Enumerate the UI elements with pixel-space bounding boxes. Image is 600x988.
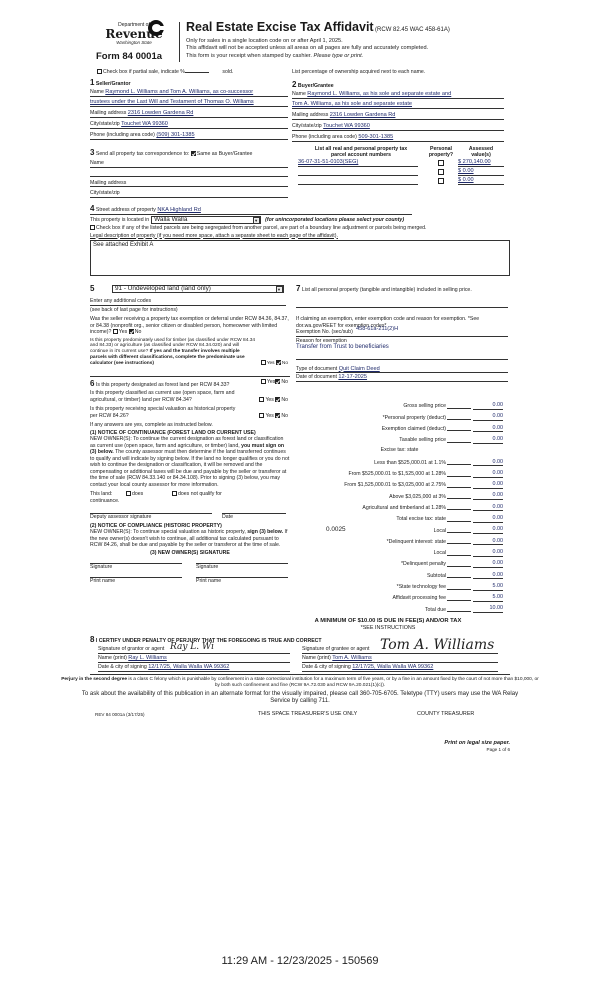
grantor-date: 12/17/25, Walla Walla WA 99362: [148, 664, 229, 670]
signature-label: Signature: [196, 564, 218, 570]
grantor-sig-label: Signature of grantor or agent: [98, 646, 164, 652]
exemption-no-field[interactable]: Exemption No. (sec/sub)458-61a-211(2)H: [296, 329, 508, 337]
correspondence-address-field[interactable]: Mailing address: [90, 180, 288, 188]
buyer-name-line2: Tom A. Williams, as his sole and separat…: [292, 101, 412, 107]
exemption-no: 458-61a-211(2)H: [356, 326, 398, 333]
tax-row-label: Taxable selling price: [399, 437, 446, 444]
tax-row-label: Agricultural and timberland at 1.28%: [362, 505, 446, 512]
tax-row: Above $3,025,000 at 3%0.00: [296, 492, 503, 500]
tax-row-label: Total due: [425, 607, 446, 614]
tax-row: From $525,000.01 to $1,525,000 at 1.28%0…: [296, 470, 503, 478]
partial-sale-suffix: sold.: [222, 69, 233, 75]
parcel-personal-cell: [424, 160, 458, 168]
tax-row: From $1,525,000.01 to $3,025,000 at 2.75…: [296, 481, 503, 489]
tax-row: Exemption claimed (deduct)0.00: [296, 425, 503, 433]
doc-date-label: Date of document: [296, 374, 337, 380]
tax-row-value[interactable]: 0.00: [473, 470, 503, 478]
tax-row-value[interactable]: 0.00: [473, 413, 503, 421]
seller-section: 1 Seller/Grantor Name Raymond L. William…: [90, 78, 288, 140]
buyer-address-label: Mailing address: [292, 112, 328, 118]
seller-phone-field[interactable]: Phone (including area code) (509) 301-13…: [90, 132, 288, 140]
section-6: 6 Is this property designated as forest …: [90, 376, 290, 584]
ownership-note: List percentage of ownership acquired ne…: [292, 69, 425, 76]
does-not-checkbox[interactable]: [172, 491, 177, 496]
q-forest-no[interactable]: [275, 379, 280, 384]
grantor-name-label: Name (print): [98, 655, 127, 661]
revision-label: REV 84 0001a (3/17/25): [95, 712, 145, 718]
segregated-checkbox[interactable]: [90, 225, 95, 230]
buyer-address-field[interactable]: Mailing address 2316 Lowden Gardena Rd: [292, 112, 504, 120]
tax-row-value[interactable]: 0.00: [473, 572, 503, 580]
correspondence-name-field-2[interactable]: [90, 170, 288, 177]
buyer-section: 2 Buyer/Grantee Name Raymond L. Williams…: [292, 80, 504, 142]
parcel-row: $ 0.00: [298, 178, 504, 185]
section-8: 8 I CERTIFY UNDER PENALTY OF PERJURY THA…: [90, 635, 510, 675]
new-owner-signature-1[interactable]: Signature: [90, 563, 182, 571]
correspondence-city-field[interactable]: City/state/zip: [90, 190, 288, 198]
signature-label: Signature: [90, 564, 112, 570]
tax-row: *Delinquent interest: state0.00: [296, 538, 503, 546]
parcel-number-field[interactable]: [298, 175, 418, 176]
chevron-down-icon: ▼: [253, 217, 260, 224]
seller-address: 2316 Lowden Gardena Rd: [128, 110, 194, 116]
exemption-reason[interactable]: Transfer from Trust to beneficiaries: [296, 344, 508, 352]
tax-row-value[interactable]: 5.00: [473, 594, 503, 602]
parcel-personal-checkbox[interactable]: [438, 178, 444, 184]
correspondence-name-field[interactable]: Name: [90, 160, 288, 168]
this-land-label: This land:: [90, 491, 126, 498]
print-stamp: 11:29 AM - 12/23/2025 - 150569: [0, 955, 600, 967]
parcel-rows: 36-07-31-51-0103(SEG)$ 270,140.00$ 0.00$…: [298, 160, 504, 185]
parcel-number: 36-07-31-51-0103(SEG): [298, 159, 358, 165]
tax-row: Local0.00: [296, 549, 503, 557]
subtitle-2: This affidavit will not be accepted unle…: [186, 45, 428, 52]
notice2-bold: sign (3) below.: [247, 529, 283, 535]
tax-row: Taxable selling price0.00: [296, 436, 503, 444]
county-dropdown[interactable]: Walla Walla▼: [151, 216, 261, 224]
grantor-date-label: Date & city of signing: [98, 664, 147, 670]
seller-name-line1: Raymond L. Williams and Tom A. Williams,…: [105, 89, 253, 95]
partial-sale-row: Check box if partial sale, indicate % so…: [97, 69, 233, 76]
tax-row-label: From $525,000.01 to $1,525,000 at 1.28%: [349, 471, 446, 478]
county-row: This property is located in Walla Walla▼…: [90, 216, 510, 224]
new-owner-sig-row: Signature Signature: [90, 563, 290, 571]
tax-row-value[interactable]: 0.00: [473, 515, 503, 523]
q-current-use: Is this property classified as current u…: [90, 390, 290, 403]
grantee-signature-field[interactable]: Signature of grantee or agentTom A. Will…: [302, 646, 498, 654]
tax-row-label: Subtotal: [427, 573, 446, 580]
subtitle-3-italic: Please type or print.: [313, 53, 363, 59]
partial-sale-checkbox[interactable]: [97, 69, 102, 74]
parcel-number-field[interactable]: [298, 184, 418, 185]
additional-codes-note: (see back of last page for instructions): [90, 307, 290, 314]
correspondence-address-label: Mailing address: [90, 180, 126, 186]
q-timber-yes[interactable]: [261, 360, 266, 365]
section-2-number: 2: [292, 80, 296, 89]
seller-city-field[interactable]: City/state/zip Touchet WA 99360: [90, 121, 288, 129]
perjury-note: Perjury in the second degree is a class …: [60, 677, 540, 689]
no-label: No: [281, 397, 288, 403]
deputy-sig-label: Deputy assessor signature: [90, 514, 151, 520]
seller-address-field[interactable]: Mailing address 2316 Lowden Gardena Rd: [90, 110, 288, 118]
legal-description-box[interactable]: See attached Exhibit A: [90, 240, 510, 276]
same-as-buyer-checkbox[interactable]: [191, 151, 196, 156]
seller-name-label: Name: [90, 89, 104, 95]
tax-row-value[interactable]: 0.00: [473, 560, 503, 568]
tax-row: Subtotal0.00: [296, 572, 503, 580]
tax-row: *State technology fee5.00: [296, 583, 503, 591]
form-title: Real Estate Excise Tax Affidavit: [186, 20, 374, 34]
new-owner-print-row: Print name Print name: [90, 577, 290, 585]
exemption-intro: If claiming an exemption, enter exemptio…: [296, 316, 508, 329]
tax-row-label: Local: [434, 528, 446, 535]
section-1-number: 1: [90, 78, 94, 87]
doc-date: 12-17-2025: [338, 374, 367, 380]
buyer-phone-label: Phone (including area code): [292, 134, 357, 140]
legal-label: Legal description of property (if you ne…: [90, 233, 510, 240]
parcels-table: List all real and personal property taxp…: [298, 146, 504, 185]
grantor-name: Ray L. Williams: [128, 655, 167, 661]
seller-city: Touchet WA 99360: [121, 121, 168, 127]
buyer-title: Buyer/Grantee: [298, 83, 334, 89]
dept-line3: Washington State: [100, 40, 168, 46]
tax-row-value[interactable]: 0.00: [473, 436, 503, 444]
does-checkbox[interactable]: [126, 491, 131, 496]
deputy-date-field[interactable]: Date: [222, 513, 286, 521]
q-current-use-no[interactable]: [275, 397, 280, 402]
parcel-personal-checkbox[interactable]: [438, 169, 444, 175]
tax-row-value[interactable]: 0.00: [473, 549, 503, 557]
grantor-block: Signature of grantor or agentRay L. Wi N…: [90, 646, 290, 672]
tax-row-label: Gross selling price: [403, 403, 446, 410]
q-exemption-yes[interactable]: [113, 329, 118, 334]
page-number: Page 1 of 6: [430, 747, 510, 753]
subtitle-1: Only for sales in a single location code…: [186, 38, 428, 45]
tax-table: Gross selling price0.00*Personal propert…: [296, 402, 508, 632]
deputy-date-label: Date: [222, 514, 233, 520]
grantor-name-field[interactable]: Name (print) Ray L. Williams: [98, 655, 290, 663]
tax-row-label: Excise tax: state: [381, 447, 419, 454]
does-not-label: does not qualify for: [178, 491, 222, 497]
land-use-dropdown[interactable]: 91 - Undeveloped land (land only)▼: [112, 285, 284, 293]
parcel-value-field[interactable]: $ 0.00: [458, 177, 504, 185]
reason-field-line: [296, 359, 508, 360]
notice1-text: NEW OWNER(S): To continue the current de…: [90, 436, 290, 488]
tax-row-value[interactable]: 0.00: [473, 526, 503, 534]
buyer-phone-field[interactable]: Phone (including area code) 509-301-1385: [292, 134, 504, 142]
personal-property-field[interactable]: [296, 307, 508, 308]
seller-name-field-2[interactable]: trustees under the Last Will and Testame…: [90, 99, 288, 107]
parcel-value: $ 270,140.00: [458, 159, 491, 165]
parcels-header: List all real and personal property taxp…: [298, 146, 504, 158]
perjury-text: is a class C felony which is punishable …: [128, 677, 538, 688]
notice2-text: NEW OWNER(S): To continue special valuat…: [90, 529, 290, 549]
local-rate[interactable]: 0.0025: [326, 526, 346, 534]
partial-sale-field[interactable]: [185, 72, 209, 73]
doc-type-field[interactable]: Type of document Quit Claim Deed: [296, 366, 508, 374]
parcel-personal-cell: [424, 169, 458, 177]
buyer-city-field[interactable]: City/state/zip Touchet WA 99360: [292, 123, 504, 131]
if-yes-note: If any answers are yes, complete as inst…: [90, 422, 290, 429]
tax-row-value[interactable]: 0.00: [473, 538, 503, 546]
q-timber: Is this property predominately used for …: [90, 338, 290, 368]
tax-row-label: Affidavit processing fee: [392, 595, 446, 602]
section-6-number: 6: [90, 379, 94, 388]
tax-rows: Gross selling price0.00*Personal propert…: [296, 402, 508, 632]
tax-row-value[interactable]: 0.00: [473, 492, 503, 500]
tax-row: Excise tax: state: [296, 447, 503, 454]
notice3-title: (3) NEW OWNER(S) SIGNATURE: [90, 550, 290, 557]
q-historic: Is this property receiving special valua…: [90, 406, 290, 419]
section-5: 5 91 - Undeveloped land (land only)▼ Ent…: [90, 284, 290, 367]
tax-row-label: *Delinquent interest: state: [387, 539, 446, 546]
chevron-down-icon: ▼: [276, 286, 283, 293]
land-use-value: 91 - Undeveloped land (land only): [113, 285, 276, 293]
correspondence-section: 3 Send all property tax correspondence t…: [90, 148, 288, 198]
segregated-row: Check box if any of the listed parcels a…: [90, 225, 510, 232]
perjury-bold: Perjury in the second degree: [61, 677, 127, 682]
accessibility-note: To ask about the availability of this pu…: [74, 691, 526, 705]
buyer-name-label: Name: [292, 91, 306, 97]
tax-row-label: *Personal property (deduct): [383, 415, 446, 422]
print-name-label: Print name: [90, 578, 115, 584]
q-historic-no[interactable]: [275, 413, 280, 418]
parcel-value: $ 0.00: [458, 168, 474, 174]
notice2-a: NEW OWNER(S): To continue special valuat…: [90, 529, 246, 535]
section-7-number: 7: [296, 284, 300, 293]
parcel-value-field[interactable]: $ 270,140.00: [458, 159, 504, 167]
grantee-name-field[interactable]: Name (print) Tom A. Williams: [302, 655, 498, 663]
seller-name-line2: trustees under the Last Will and Testame…: [90, 99, 254, 105]
section-5-number: 5: [90, 284, 112, 294]
parcels-col3-h2: value(s): [458, 152, 504, 158]
no-label: No: [281, 379, 288, 385]
partial-sale-label: Check box if partial sale, indicate %: [103, 69, 185, 75]
doc-type-label: Type of document: [296, 366, 337, 372]
seller-city-label: City/state/zip: [90, 121, 120, 127]
tax-row: Less than $525,000.01 at 1.1%0.00: [296, 459, 503, 467]
tax-row-value[interactable]: 10.00: [473, 605, 503, 613]
deputy-signature-field[interactable]: Deputy assessor signature: [90, 513, 212, 521]
section-3-number: 3: [90, 148, 94, 157]
additional-codes-label: Enter any additional codes: [90, 298, 151, 304]
tax-row-label: Above $3,025,000 at 3%: [389, 494, 446, 501]
buyer-name-field-2[interactable]: Tom A. Williams, as his sole and separat…: [292, 101, 504, 109]
tax-row: Total excise tax: state0.00: [296, 515, 503, 523]
tax-row-label: From $1,525,000.01 to $3,025,000 at 2.75…: [344, 482, 446, 489]
continuance-label: continuance.: [90, 498, 290, 505]
buyer-address: 2316 Lowden Gardena Rd: [330, 112, 396, 118]
doc-type: Quit Claim Deed: [339, 366, 380, 372]
q-forest-yes[interactable]: [261, 379, 266, 384]
buyer-name-line1: Raymond L. Williams, as his sole and sep…: [307, 91, 451, 97]
yes-label: Yes: [267, 379, 275, 385]
parcel-row: 36-07-31-51-0103(SEG)$ 270,140.00: [298, 160, 504, 167]
buyer-city: Touchet WA 99360: [323, 123, 370, 129]
doc-date-field[interactable]: Date of document 12-17-2025: [296, 374, 508, 382]
parcels-col1-h2: parcel account numbers: [298, 152, 424, 158]
tax-row-label: *Delinquent penalty: [401, 561, 446, 568]
yes-label: Yes: [119, 329, 127, 335]
treasurer-use-label: THIS SPACE TREASURER'S USE ONLY: [258, 711, 357, 718]
exemption-no-label: Exemption No. (sec/sub): [296, 329, 353, 335]
subtitle-3: This form is your receipt when stamped b…: [186, 53, 312, 59]
section-4-number: 4: [90, 204, 94, 213]
tax-row: Agricultural and timberland at 1.28%0.00: [296, 504, 503, 512]
yes-label: Yes: [267, 361, 275, 366]
notice1-b: The county assessor must then determine …: [90, 449, 289, 488]
buyer-phone: 509-301-1385: [358, 134, 393, 140]
parcel-personal-checkbox[interactable]: [438, 160, 444, 166]
legal-paper-note: Print on legal size paper.: [430, 740, 510, 747]
see-instructions: *SEE INSTRUCTIONS: [268, 625, 508, 632]
yes-label: Yes: [265, 413, 273, 419]
yes-label: Yes: [265, 397, 273, 403]
q-current-use-yes[interactable]: [259, 397, 264, 402]
q-forest-text: Is this property designated as forest la…: [96, 382, 230, 388]
seller-name-field[interactable]: Name Raymond L. Williams and Tom A. Will…: [90, 89, 288, 97]
q-current-use-text: Is this property classified as current u…: [90, 390, 250, 403]
parcel-number-field[interactable]: 36-07-31-51-0103(SEG): [298, 159, 418, 167]
form-number: Form 84 0001a: [96, 51, 162, 63]
sig-rows: Signature of grantor or agentRay L. Wi N…: [90, 646, 510, 672]
tax-row-label: Total excise tax: state: [396, 516, 446, 523]
tax-row-label: Local: [434, 550, 446, 557]
deputy-row: Deputy assessor signature Date: [90, 513, 290, 521]
title-block: Real Estate Excise Tax Affidavit (RCW 82…: [186, 20, 450, 36]
grantor-signature: Ray L. Wi: [170, 642, 214, 653]
grantee-name: Tom A. Williams: [332, 655, 371, 661]
print-name-label: Print name: [196, 578, 221, 584]
tax-row: Total due10.00: [296, 605, 503, 613]
q-forest: 6 Is this property designated as forest …: [90, 379, 290, 389]
tax-row-label: Exemption claimed (deduct): [382, 426, 446, 433]
grantee-signature: Tom A. Williams: [380, 637, 494, 655]
correspondence-name-label: Name: [90, 160, 104, 166]
tax-row-value[interactable]: 0.00: [473, 459, 503, 467]
grantor-signature-field[interactable]: Signature of grantor or agentRay L. Wi: [98, 646, 290, 654]
parcel-row: $ 0.00: [298, 169, 504, 176]
new-owner-print-1[interactable]: Print name: [90, 577, 182, 585]
grantee-date: 12/17/25, Walla Walla WA 99362: [352, 664, 433, 670]
q-timber-no[interactable]: [276, 360, 281, 365]
tax-row-label: Less than $525,000.01 at 1.1%: [374, 460, 446, 467]
seller-address-label: Mailing address: [90, 110, 126, 116]
correspondence-city-label: City/state/zip: [90, 190, 120, 196]
no-label: No: [282, 361, 288, 366]
tax-row: Affidavit processing fee5.00: [296, 594, 503, 602]
tax-row-value[interactable]: 0.00: [473, 481, 503, 489]
tax-row-value[interactable]: 0.00: [473, 402, 503, 410]
land-use-row: 5 91 - Undeveloped land (land only)▼: [90, 284, 290, 294]
buyer-name-field[interactable]: Name Raymond L. Williams, as his sole an…: [292, 91, 504, 99]
tax-row-value[interactable]: 5.00: [473, 583, 503, 591]
subtitle-block: Only for sales in a single location code…: [186, 38, 428, 60]
dor-swirl-icon: [148, 20, 164, 36]
county-value: Walla Walla: [152, 216, 253, 224]
does-label: does: [132, 491, 143, 497]
legal-description: See attached Exhibit A: [93, 242, 153, 248]
seller-phone-label: Phone (including area code): [90, 132, 155, 138]
section-8-divider: [90, 674, 510, 675]
tax-row-value[interactable]: 0.00: [473, 504, 503, 512]
section-7: 7 List all personal property (tangible a…: [296, 284, 508, 382]
form-title-ref: (RCW 82.45 WAC 458-61A): [375, 27, 450, 33]
tax-row: Gross selling price0.00: [296, 402, 503, 410]
correspondence-label: Send all property tax correspondence to:: [96, 151, 189, 157]
parcel-personal-cell: [424, 178, 458, 186]
parcel-value-field[interactable]: $ 0.00: [458, 168, 504, 176]
personal-property-label: List all personal property (tangible and…: [302, 287, 472, 293]
grantor-date-field[interactable]: Date & city of signing 12/17/25, Walla W…: [98, 664, 290, 672]
q-exemption: Was the seller receiving a property tax …: [90, 316, 290, 336]
same-as-buyer-label: Same as Buyer/Grantee: [197, 151, 253, 157]
tax-row: *Personal property (deduct)0.00: [296, 413, 503, 421]
segregated-label: Check box if any of the listed parcels a…: [96, 225, 426, 231]
street-field[interactable]: 4 Street address of property NKA Highlan…: [90, 204, 412, 215]
buyer-city-label: City/state/zip: [292, 123, 322, 129]
tax-row: *Delinquent penalty0.00: [296, 560, 503, 568]
grantee-block: Signature of grantee or agentTom A. Will…: [298, 646, 498, 672]
q-historic-yes[interactable]: [259, 413, 264, 418]
additional-codes-field[interactable]: Enter any additional codes: [90, 298, 286, 306]
new-owner-print-2[interactable]: Print name: [196, 577, 288, 585]
grantee-date-field[interactable]: Date & city of signing 12/17/25, Walla W…: [302, 664, 498, 672]
seller-title: Seller/Grantor: [96, 81, 131, 87]
seller-phone: (509) 301-1385: [156, 132, 194, 138]
parcel-value: $ 0.00: [458, 177, 474, 183]
new-owner-signature-2[interactable]: Signature: [196, 563, 288, 571]
header-divider: [179, 22, 180, 62]
grantee-date-label: Date & city of signing: [302, 664, 351, 670]
parcels-col2-h2: property?: [424, 152, 458, 158]
grantee-name-label: Name (print): [302, 655, 331, 661]
q-exemption-no[interactable]: [129, 329, 134, 334]
property-section: 4 Street address of property NKA Highlan…: [90, 204, 510, 276]
tax-row-label: *State technology fee: [397, 584, 446, 591]
q-historic-text: Is this property receiving special valua…: [90, 406, 240, 419]
street-label: Street address of property: [96, 207, 156, 213]
located-label: This property is located in: [90, 217, 149, 224]
county-treasurer-label: COUNTY TREASURER: [417, 711, 474, 718]
grantee-sig-label: Signature of grantee or agent: [302, 646, 370, 652]
no-label: No: [281, 413, 288, 419]
no-label: No: [135, 329, 142, 335]
section-8-number: 8: [90, 635, 94, 644]
tax-row-value[interactable]: 0.00: [473, 425, 503, 433]
property-street: NKA Highland Rd: [157, 207, 201, 213]
county-note: (for unincorporated locations please sel…: [265, 217, 404, 224]
